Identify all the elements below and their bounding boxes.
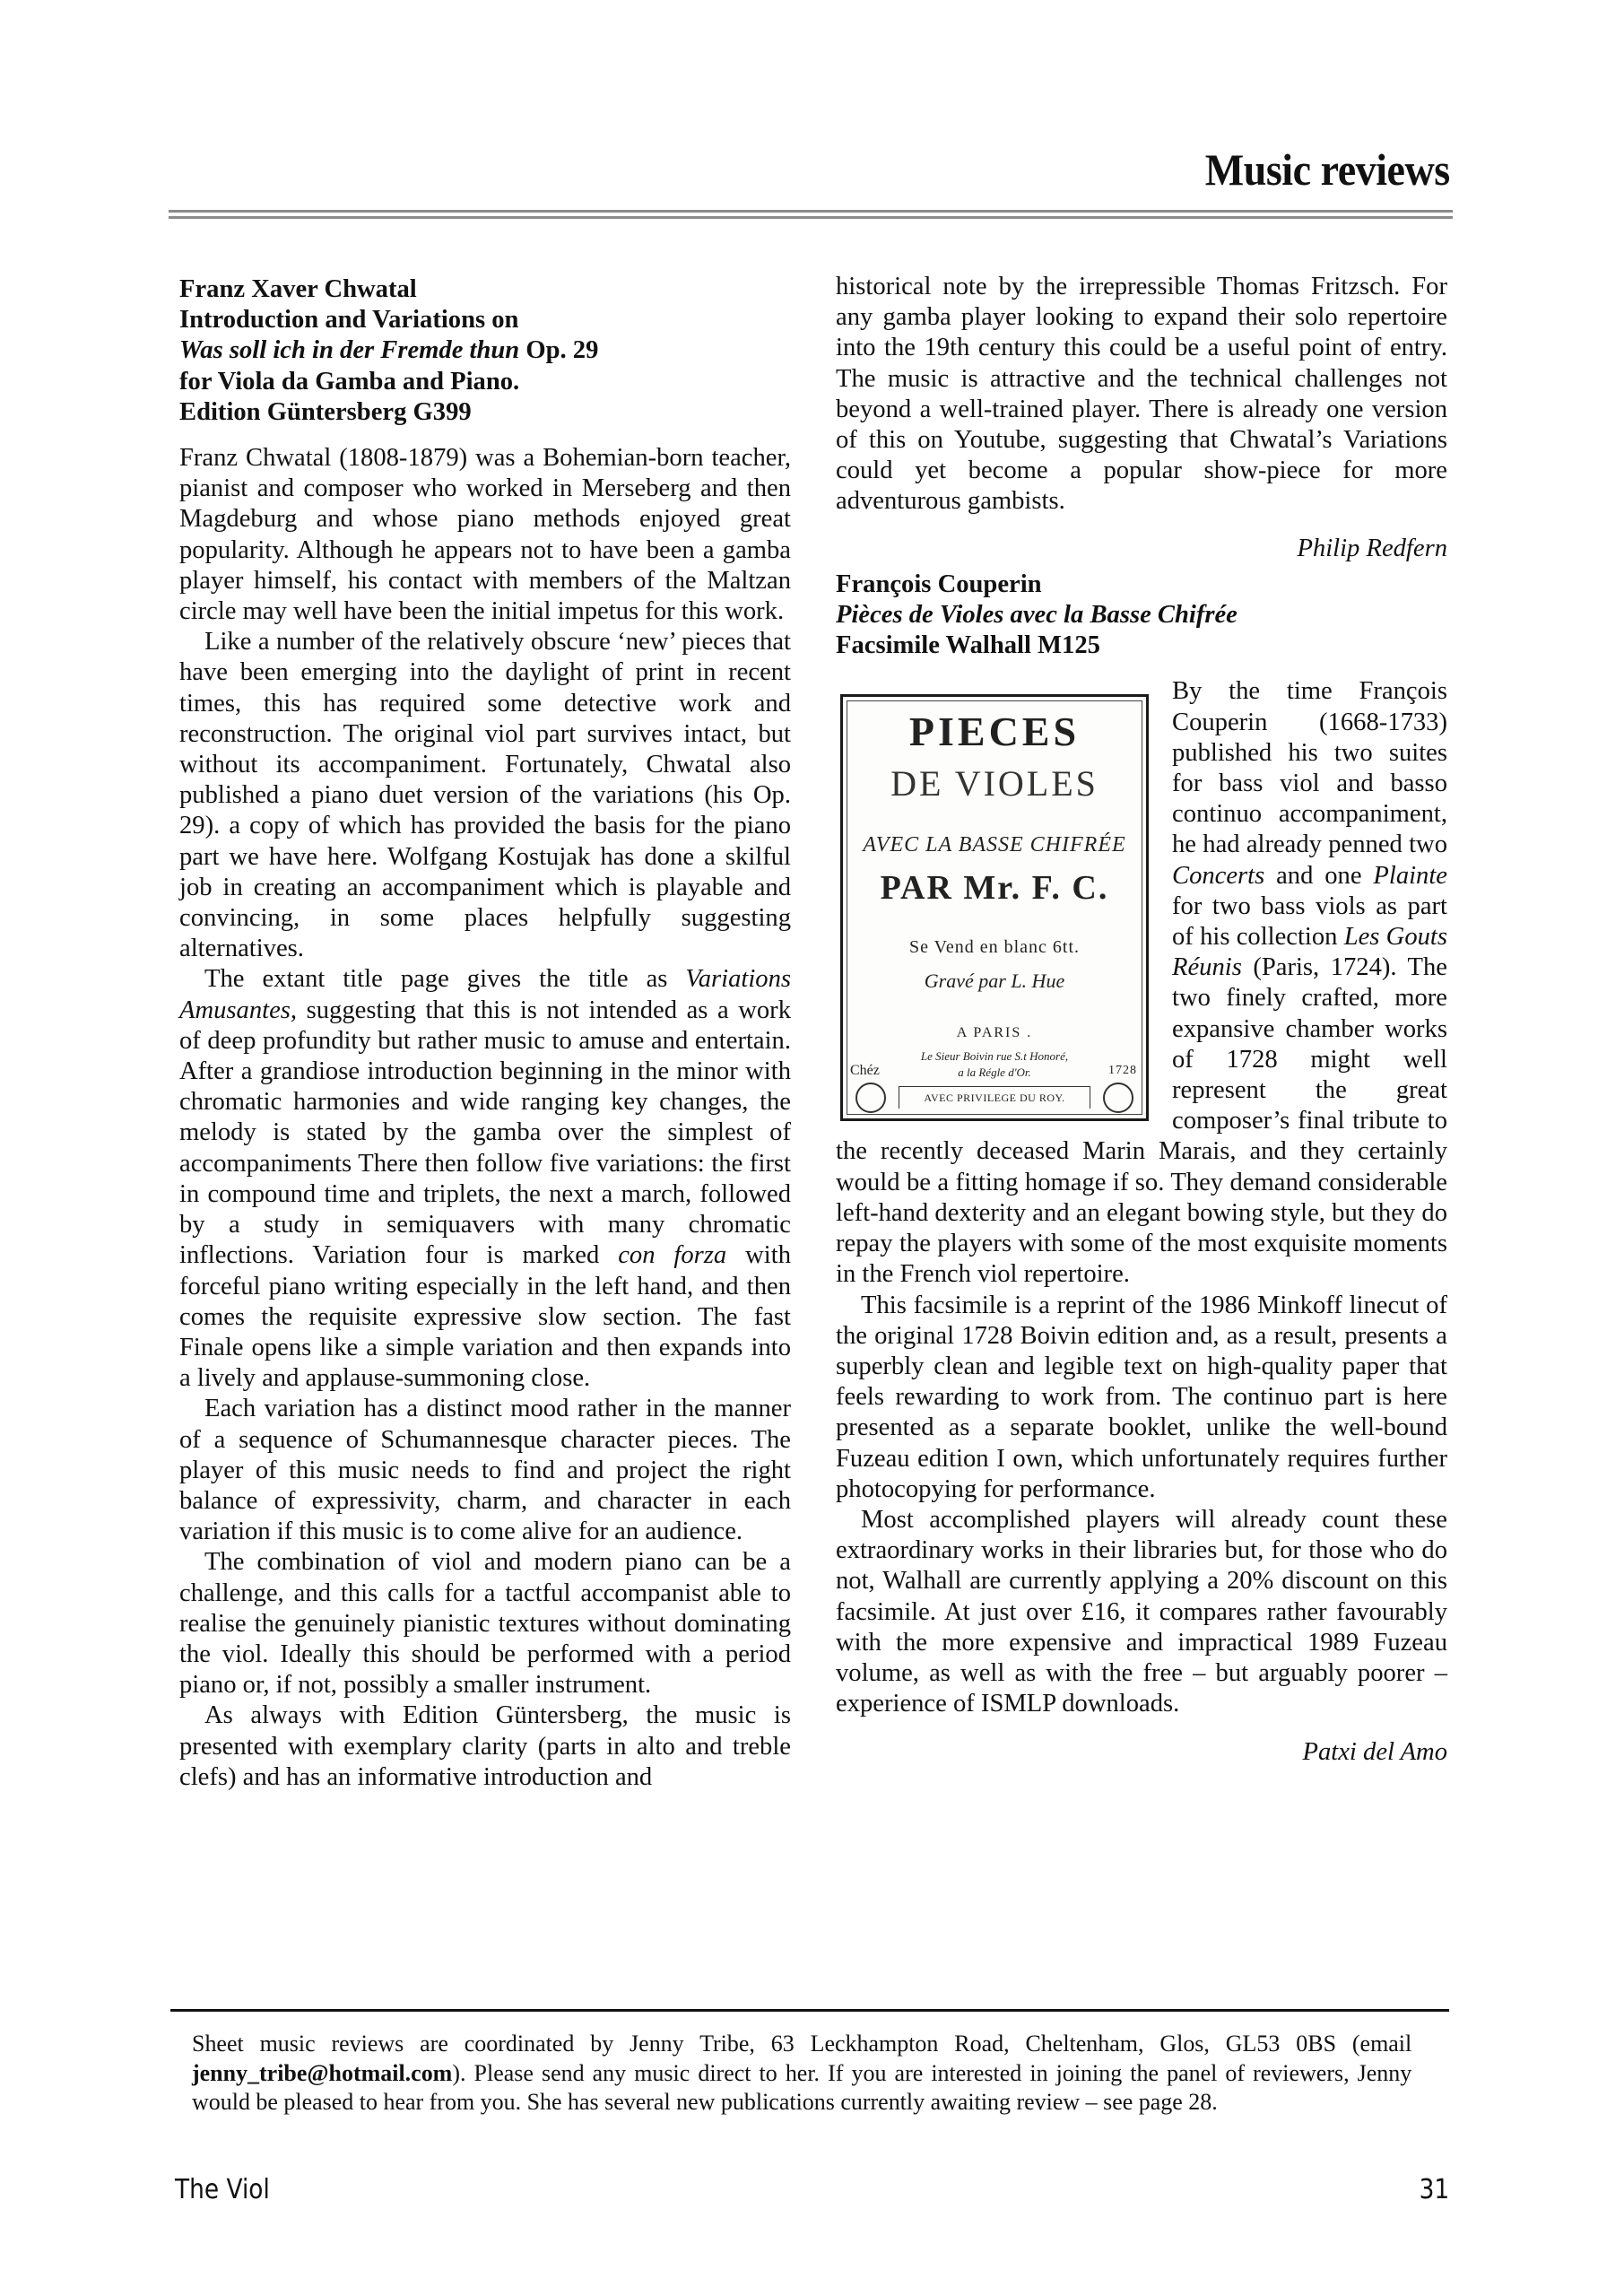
scroll-ornament-icon: [855, 1083, 886, 1113]
review-title-italic: Pièces de Violes avec la Basse Chifrée: [836, 601, 1238, 629]
facsimile-privilege: AVEC PRIVILEGE DU ROY.: [899, 1086, 1090, 1109]
review-paragraph: Most accomplished players will already c…: [836, 1505, 1447, 1719]
facsimile-line: A PARIS .: [843, 1018, 1146, 1048]
review-composer: François Couperin: [836, 570, 1447, 600]
review-paragraph-continued: As always with Edition Güntersberg, the …: [179, 1700, 791, 1793]
facsimile-publisher-line: Le Sieur Boivin rue S.t Honoré,: [893, 1048, 1096, 1065]
coordinator-note: Sheet music reviews are coordinated by J…: [192, 2029, 1411, 2117]
facsimile-line: PIECES: [843, 717, 1146, 747]
email-link[interactable]: jenny_tribe@hotmail.com: [192, 2059, 452, 2086]
review-title-line-2: Was soll ich in der Fremde thun Op. 29: [179, 335, 791, 366]
review-paragraph: Franz Chwatal (1808-1879) was a Bohemian…: [179, 443, 791, 627]
review-paragraph: Each variation has a distinct mood rathe…: [179, 1394, 791, 1547]
facsimile-chez: Chéz: [850, 1056, 880, 1086]
review-heading-chwatal: Franz Xaver Chwatal Introduction and Var…: [179, 274, 791, 428]
section-title: Music reviews: [1205, 143, 1450, 196]
scroll-ornament-icon: [1103, 1083, 1133, 1113]
page-number: 31: [1419, 2174, 1449, 2205]
review-edition: Facsimile Walhall M125: [836, 631, 1447, 661]
review-title-italic: Was soll ich in der Fremde thun: [179, 336, 519, 364]
right-column: historical note by the irrepressible Tho…: [836, 272, 1447, 1769]
text-run: and one: [1264, 862, 1373, 890]
footer-rule: [170, 2009, 1449, 2012]
review-paragraph: Like a number of the relatively obscure …: [179, 627, 791, 964]
header-rule-top: [169, 210, 1453, 213]
facsimile-title-page-image: PIECES DE VIOLES AVEC LA BASSE CHIFRÉE P…: [840, 694, 1149, 1121]
review-paragraph: This facsimile is a reprint of the 1986 …: [836, 1291, 1447, 1505]
review-paragraph-continuation: historical note by the irrepressible Tho…: [836, 272, 1447, 517]
text-run: By the time François Couperin (1668-1733…: [1172, 677, 1447, 858]
italic-term: con forza: [618, 1241, 726, 1269]
text-run: Sheet music reviews are coordinated by J…: [192, 2030, 1411, 2057]
facsimile-publisher-line: a la Régle d'Or.: [893, 1065, 1096, 1081]
header-rule-bottom: [169, 216, 1453, 219]
review-paragraph: The combination of viol and modern piano…: [179, 1547, 791, 1700]
facsimile-line: DE VIOLES: [843, 769, 1146, 799]
journal-name: The Viol: [175, 2174, 270, 2205]
review-title-opus: Op. 29: [519, 336, 598, 364]
review-title-line-3: for Viola da Gamba and Piano.: [179, 367, 791, 397]
left-column: Franz Xaver Chwatal Introduction and Var…: [179, 274, 791, 1793]
italic-title: Plainte: [1373, 862, 1447, 890]
facsimile-publisher: Le Sieur Boivin rue S.t Honoré, a la Rég…: [893, 1048, 1096, 1081]
facsimile-line: PAR Mr. F. C.: [843, 873, 1146, 903]
facsimile-year: 1728: [1108, 1056, 1137, 1086]
italic-title: Concerts: [1172, 862, 1264, 890]
reviewer-signature: Philip Redfern: [836, 534, 1447, 564]
review-paragraph: The extant title page gives the title as…: [179, 964, 791, 1394]
facsimile-line: Gravé par L. Hue: [843, 966, 1146, 996]
text-run: The extant title page gives the title as: [204, 965, 685, 993]
review-title-line-1: Introduction and Variations on: [179, 305, 791, 335]
reviewer-signature: Patxi del Amo: [836, 1737, 1447, 1768]
review-heading-couperin: François Couperin Pièces de Violes avec …: [836, 570, 1447, 662]
review-title: Pièces de Violes avec la Basse Chifrée: [836, 600, 1447, 631]
text-run: suggesting that this is not intended as …: [179, 996, 791, 1270]
review-composer: Franz Xaver Chwatal: [179, 274, 791, 305]
facsimile-line: AVEC LA BASSE CHIFRÉE: [843, 830, 1146, 860]
facsimile-line: Se Vend en blanc 6tt.: [843, 932, 1146, 962]
review-edition: Edition Güntersberg G399: [179, 397, 791, 428]
